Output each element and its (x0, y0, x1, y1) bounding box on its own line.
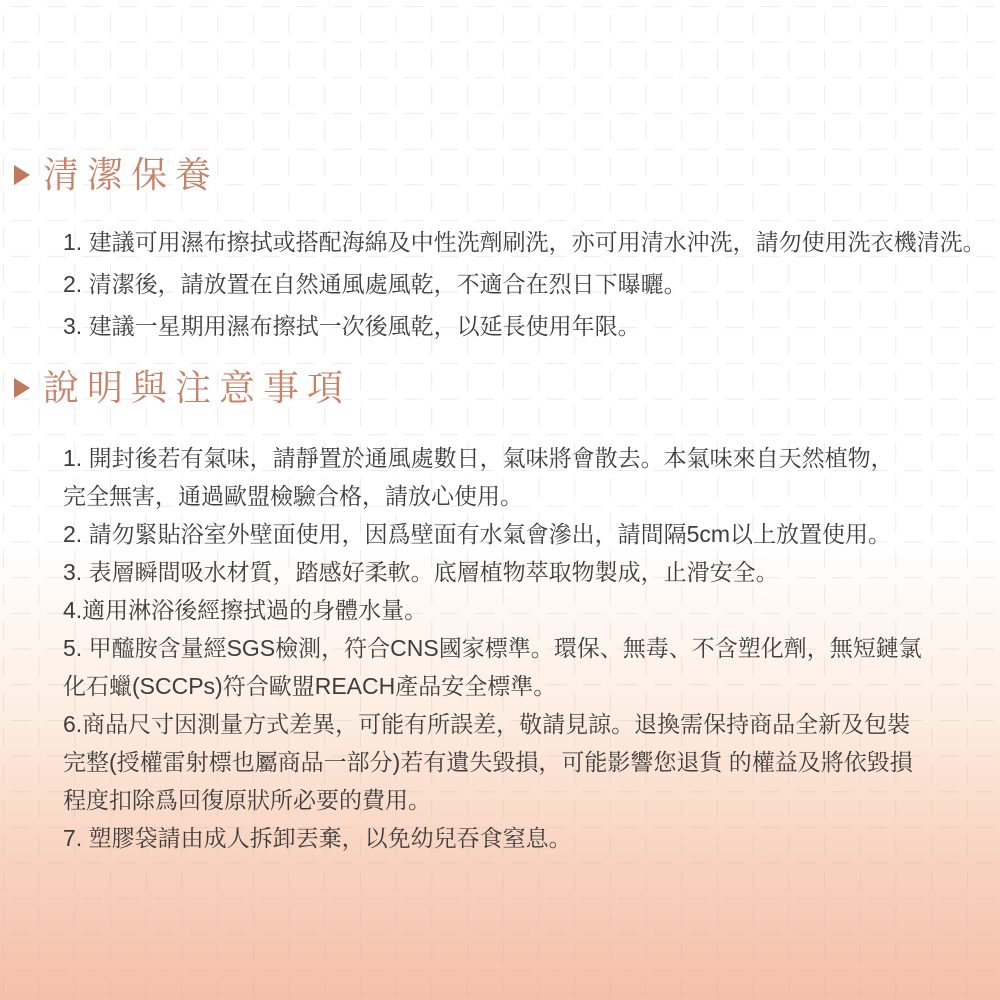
section-title-instructions-notices: 說明與注意事項 (43, 366, 351, 410)
triangle-bullet-icon (14, 378, 30, 398)
notice-item-2: 2. 請勿緊貼浴室外壁面使用，因爲壁面有水氣會滲出，請間隔5cm以上放置使用。 (63, 515, 995, 553)
section-header-cleaning-care: 清潔保養 (14, 153, 219, 197)
notice-item-3: 3. 表層瞬間吸水材質，踏感好柔軟。底層植物萃取物製成，止滑安全。 (63, 553, 995, 591)
cleaning-care-item-3: 3. 建議一星期用濕布擦拭一次後風乾，以延長使用年限。 (63, 305, 995, 347)
notice-item-7: 7. 塑膠袋請由成人拆卸丟棄，以免幼兒吞食窒息。 (63, 819, 995, 857)
cleaning-care-item-2: 2. 清潔後，請放置在自然通風處風乾，不適合在烈日下曝曬。 (63, 263, 995, 305)
section-title-cleaning-care: 清潔保養 (43, 153, 219, 197)
triangle-bullet-icon (14, 165, 30, 185)
cleaning-care-list: 1. 建議可用濕布擦拭或搭配海綿及中性洗劑刷洗，亦可用清水沖洗，請勿使用洗衣機清… (63, 221, 995, 347)
notice-item-1: 1. 開封後若有氣味，請靜置於通風處數日，氣味將會散去。本氣味來自天然植物， 完… (63, 439, 995, 515)
section-header-instructions-notices: 說明與注意事項 (14, 366, 351, 410)
notice-item-5: 5. 甲醯胺含量經SGS檢測，符合CNS國家標準。環保、無毒、不含塑化劑，無短鏈… (63, 629, 995, 705)
instructions-notices-list: 1. 開封後若有氣味，請靜置於通風處數日，氣味將會散去。本氣味來自天然植物， 完… (63, 439, 995, 857)
notice-item-6: 6.商品尺寸因測量方式差異，可能有所誤差，敬請見諒。退換需保持商品全新及包裝 完… (63, 705, 995, 819)
notice-item-4: 4.適用淋浴後經擦拭過的身體水量。 (63, 591, 995, 629)
cleaning-care-item-1: 1. 建議可用濕布擦拭或搭配海綿及中性洗劑刷洗，亦可用清水沖洗，請勿使用洗衣機清… (63, 221, 995, 263)
